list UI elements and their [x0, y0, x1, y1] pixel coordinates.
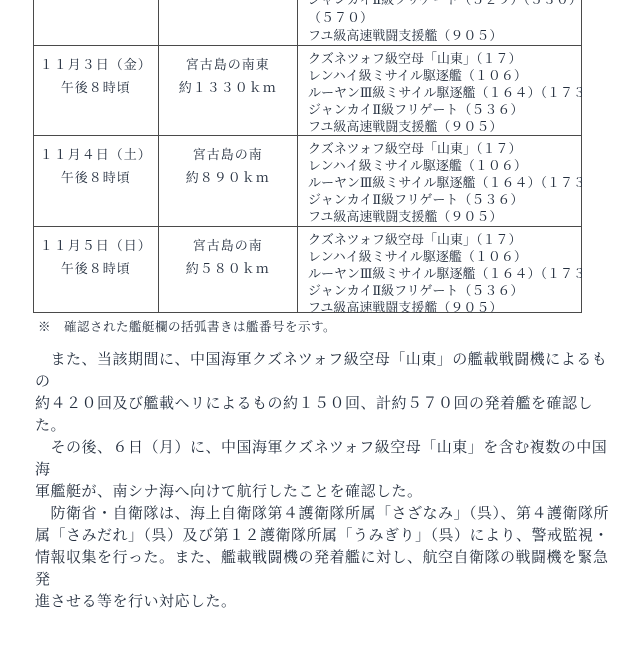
ship-entry: クズネツォフ級空母「山東」（１７） [308, 140, 579, 157]
ship-entry: フユ級高速戦闘支援艦（９０５） [308, 208, 579, 225]
ship-entry: クズネツォフ級空母「山東」（１７） [308, 50, 579, 67]
ship-entry: フユ級高速戦闘支援艦（９０５） [308, 27, 579, 45]
location-cell: 宮古島の南 約８９０ｋｍ [159, 136, 298, 226]
location-text: 宮古島の南東 [159, 53, 297, 76]
ships-cell: クズネツォフ級空母「山東」（１７） レンハイ級ミサイル駆逐艦（１０６） ルーヤン… [298, 227, 582, 312]
ships-list: ジャンカイⅡ級フリゲート（５２９）（５３０） （５７０） フユ級高速戦闘支援艦（… [308, 0, 579, 45]
ship-entry: レンハイ級ミサイル駆逐艦（１０６） [308, 67, 579, 84]
location-cell-clipped [159, 0, 298, 45]
ship-entry: ルーヤンⅢ級ミサイル駆逐艦（１６４）（１７３） [308, 174, 579, 191]
ship-entry: レンハイ級ミサイル駆逐艦（１０６） [308, 157, 579, 174]
time-text: 午後８時頃 [34, 76, 158, 99]
location-text: 宮古島の南 [159, 234, 297, 257]
ship-entry: ジャンカイⅡ級フリゲート（５３６） [308, 191, 579, 208]
ship-entry: クズネツォフ級空母「山東」（１７） [308, 231, 579, 248]
vessel-sighting-table: ジャンカイⅡ級フリゲート（５２９）（５３０） （５７０） フユ級高速戦闘支援艦（… [33, 0, 582, 313]
date-text: １１月５日（日） [34, 234, 158, 257]
ship-entry: ジャンカイⅡ級フリゲート（５２９）（５３０） [308, 0, 579, 9]
ship-entry: ルーヤンⅢ級ミサイル駆逐艦（１６４）（１７３） [308, 265, 579, 282]
table-row-clipped: ジャンカイⅡ級フリゲート（５２９）（５３０） （５７０） フユ級高速戦闘支援艦（… [34, 0, 582, 46]
table-row-nov5: １１月５日（日） 午後８時頃 宮古島の南 約５８０ｋｍ クズネツォフ級空母「山東… [34, 227, 582, 313]
date-cell-clipped [34, 0, 159, 45]
ships-cell-clipped: ジャンカイⅡ級フリゲート（５２９）（５３０） （５７０） フユ級高速戦闘支援艦（… [298, 0, 582, 45]
ships-cell: クズネツォフ級空母「山東」（１７） レンハイ級ミサイル駆逐艦（１０６） ルーヤン… [298, 136, 582, 226]
paragraph-jsdf-response: 防衛省・自衛隊は、海上自衛隊第４護衛隊所属「さざなみ」（呉）、第４護衛隊所 属「… [35, 503, 610, 613]
ship-entry: レンハイ級ミサイル駆逐艦（１０６） [308, 248, 579, 265]
ship-entry: フユ級高速戦闘支援艦（９０５） [308, 299, 579, 313]
date-text: １１月３日（金） [34, 53, 158, 76]
ship-entry: （５７０） [308, 9, 579, 27]
table-row-nov4: １１月４日（土） 午後８時頃 宮古島の南 約８９０ｋｍ クズネツォフ級空母「山東… [34, 136, 582, 227]
distance-text: 約１３３０ｋｍ [159, 76, 297, 99]
paragraph-transit-south-china-sea: その後、６日（月）に、中国海軍クズネツォフ級空母「山東」を含む複数の中国海 軍艦… [35, 437, 610, 503]
ships-cell: クズネツォフ級空母「山東」（１７） レンハイ級ミサイル駆逐艦（１０６） ルーヤン… [298, 46, 582, 135]
location-text: 宮古島の南 [159, 143, 297, 166]
table-footnote: ※ 確認された艦艇欄の括弧書きは艦番号を示す。 [38, 317, 336, 335]
date-text: １１月４日（土） [34, 143, 158, 166]
ship-entry: フユ級高速戦闘支援艦（９０５） [308, 118, 579, 135]
ship-entry: ジャンカイⅡ級フリゲート（５３６） [308, 282, 579, 299]
time-text: 午後８時頃 [34, 166, 158, 189]
table-row-nov3: １１月３日（金） 午後８時頃 宮古島の南東 約１３３０ｋｍ クズネツォフ級空母「… [34, 46, 582, 136]
date-cell: １１月４日（土） 午後８時頃 [34, 136, 159, 226]
date-cell: １１月３日（金） 午後８時頃 [34, 46, 159, 135]
body-text: また、当該期間に、中国海軍クズネツォフ級空母「山東」の艦載戦闘機によるもの 約４… [35, 349, 610, 613]
location-cell: 宮古島の南東 約１３３０ｋｍ [159, 46, 298, 135]
distance-text: 約５８０ｋｍ [159, 257, 297, 280]
paragraph-flight-ops: また、当該期間に、中国海軍クズネツォフ級空母「山東」の艦載戦闘機によるもの 約４… [35, 349, 610, 437]
distance-text: 約８９０ｋｍ [159, 166, 297, 189]
ship-entry: ジャンカイⅡ級フリゲート（５３６） [308, 101, 579, 118]
date-cell: １１月５日（日） 午後８時頃 [34, 227, 159, 312]
ship-entry: ルーヤンⅢ級ミサイル駆逐艦（１６４）（１７３） [308, 84, 579, 101]
location-cell: 宮古島の南 約５８０ｋｍ [159, 227, 298, 312]
document-page: ジャンカイⅡ級フリゲート（５２９）（５３０） （５７０） フユ級高速戦闘支援艦（… [0, 0, 640, 655]
time-text: 午後８時頃 [34, 257, 158, 280]
